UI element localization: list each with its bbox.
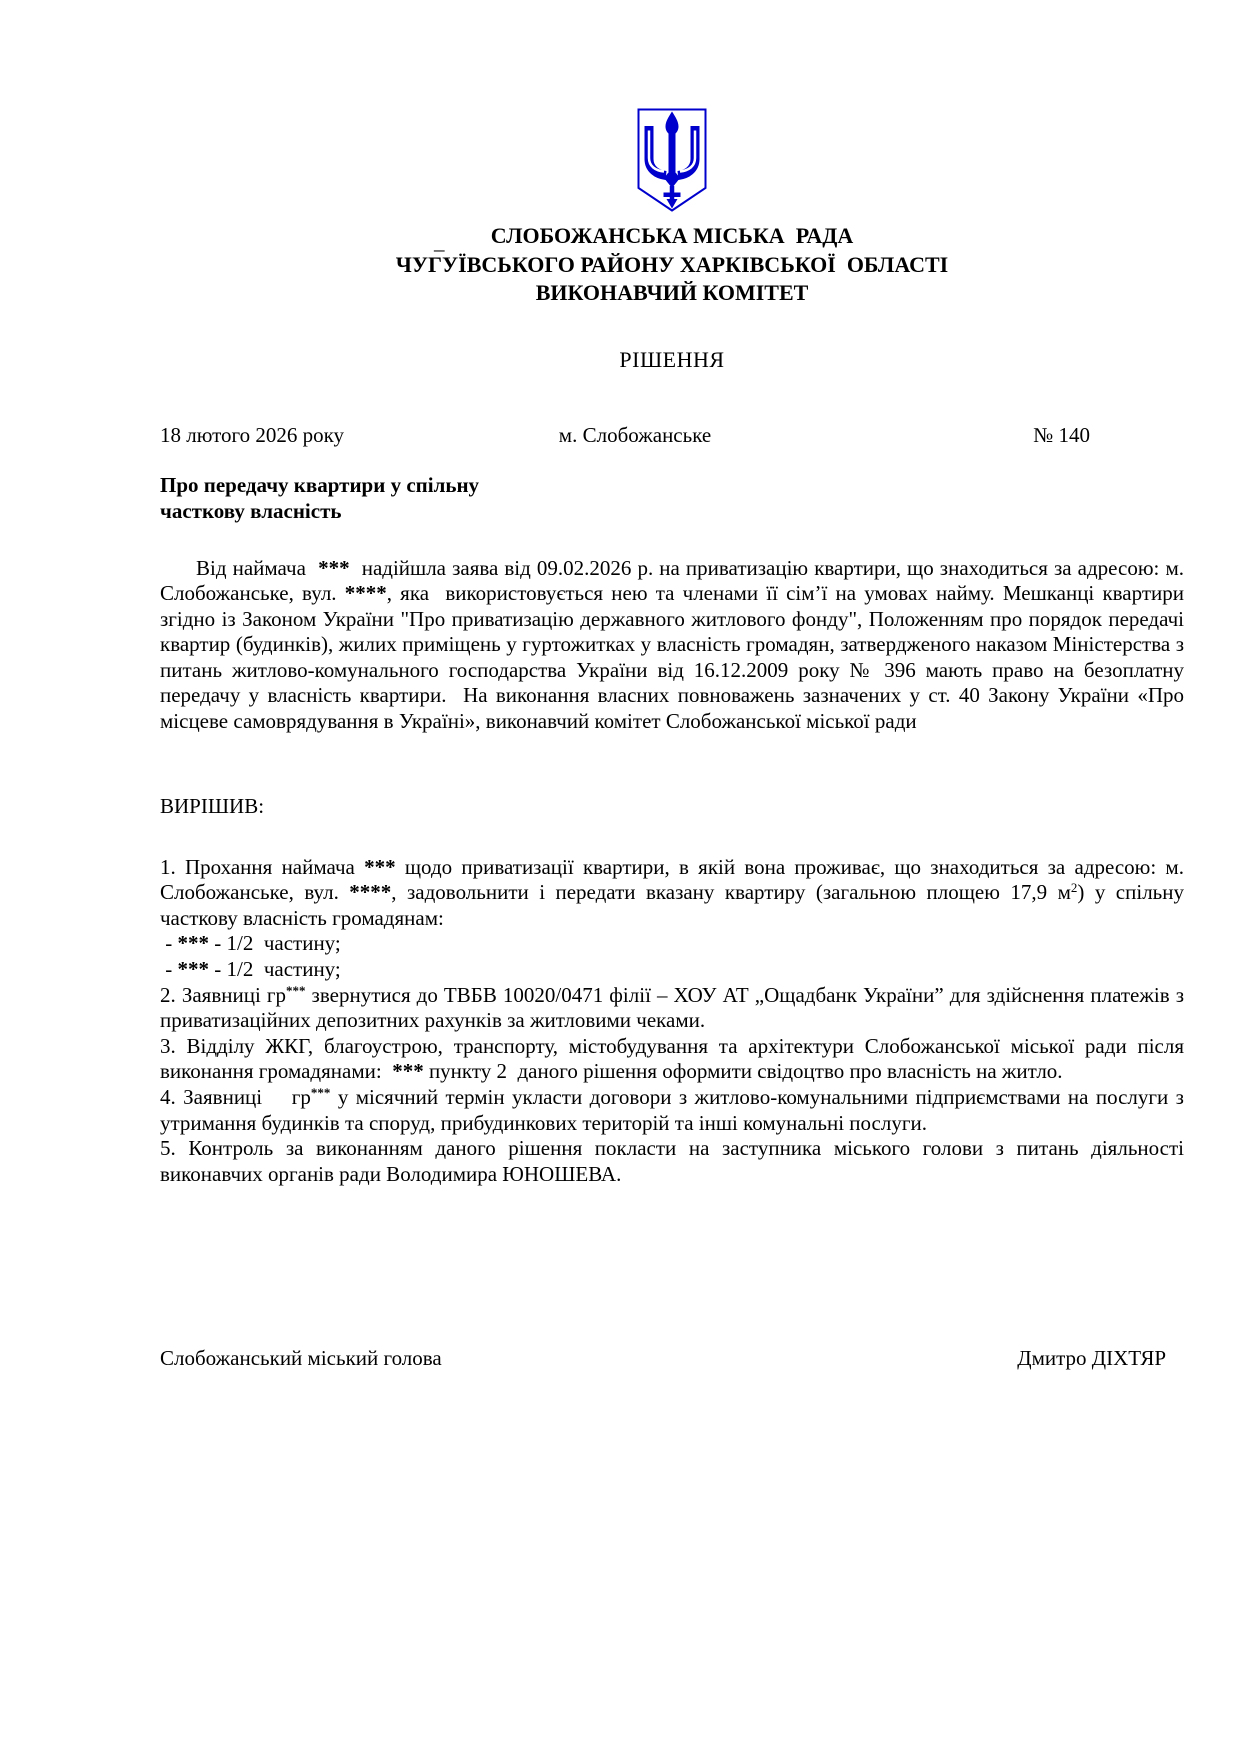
resolution-list: 1. Прохання наймача *** щодо приватизаці… [160, 855, 1184, 1188]
body-text: 2. Заявниці гр [160, 983, 286, 1007]
body-text: , задовольнити і передати вказану кварти… [391, 880, 1071, 904]
document-page: _ СЛОБОЖАНСЬКА МІСЬКА РАДА ЧУГУЇВСЬКОГО … [0, 0, 1240, 1754]
body-text: звернутися до ТВБВ 10020/0471 філії – ХО… [160, 983, 1189, 1033]
redacted-text: *** [178, 931, 210, 955]
redacted-text: *** [392, 1059, 424, 1083]
document-meta-row: 18 лютого 2026 року м. Слобожанське № 14… [160, 422, 1184, 448]
signature-row: Слобожанський міський голова Дмитро ДІХТ… [160, 1345, 1184, 1371]
redacted-text: *** [318, 556, 350, 580]
redacted-text: *** [178, 957, 210, 981]
document-type-title: РІШЕННЯ [160, 346, 1184, 374]
org-region-line: ЧУГУЇВСЬКОГО РАЙОНУ ХАРКІВСЬКОЇ ОБЛАСТІ [160, 251, 1184, 280]
resolution-paragraph: 4. Заявниці гр*** у місячний термін укла… [160, 1085, 1184, 1136]
resolved-label: ВИРІШИВ: [160, 793, 1184, 819]
body-text: 1. Прохання наймача [160, 855, 364, 879]
redacted-text: *** [311, 1085, 331, 1100]
org-header: _ СЛОБОЖАНСЬКА МІСЬКА РАДА ЧУГУЇВСЬКОГО … [160, 222, 1184, 308]
body-text: - [160, 931, 178, 955]
resolution-paragraph: 3. Відділу ЖКГ, благоустрою, транспорту,… [160, 1034, 1184, 1085]
ukraine-trident-emblem [634, 106, 710, 214]
subject-line-1: Про передачу квартири у спільну [160, 472, 1184, 498]
redacted-text: **** [345, 581, 387, 605]
document-date: 18 лютого 2026 року [160, 422, 539, 448]
body-text: 5. Контроль за виконанням даного рішення… [160, 1136, 1189, 1186]
resolution-paragraph: 5. Контроль за виконанням даного рішення… [160, 1136, 1184, 1187]
org-committee-line: ВИКОНАВЧИЙ КОМІТЕТ [160, 279, 1184, 308]
signature-position: Слобожанський міський голова [160, 1345, 442, 1371]
body-text: Від наймача [196, 556, 318, 580]
resolution-paragraph: 2. Заявниці гр*** звернутися до ТВБВ 100… [160, 983, 1184, 1034]
intro-paragraph: Від наймача *** надійшла заява від 09.02… [160, 556, 1184, 735]
redacted-text: *** [364, 855, 396, 879]
subject-line-2: часткову власність [160, 498, 1184, 524]
resolution-paragraph: - *** - 1/2 частину; [160, 931, 1184, 957]
org-name-line: СЛОБОЖАНСЬКА МІСЬКА РАДА [160, 222, 1184, 251]
resolution-paragraph: 1. Прохання наймача *** щодо приватизаці… [160, 855, 1184, 932]
redacted-text: *** [286, 983, 306, 998]
body-text: - [160, 957, 178, 981]
body-text: - 1/2 частину; [209, 957, 341, 981]
body-text: пункту 2 даного рішення оформити свідоцт… [424, 1059, 1063, 1083]
document-subject: Про передачу квартири у спільну часткову… [160, 472, 1184, 524]
body-text: 4. Заявниці гр [160, 1085, 311, 1109]
document-number: № 140 [711, 422, 1184, 448]
anchor-underscore-mark: _ [434, 230, 445, 255]
redacted-text: **** [349, 880, 391, 904]
body-text: - 1/2 частину; [209, 931, 341, 955]
signature-name: Дмитро ДІХТЯР [1017, 1345, 1166, 1371]
document-place: м. Слобожанське [559, 422, 711, 448]
resolution-paragraph: - *** - 1/2 частину; [160, 957, 1184, 983]
